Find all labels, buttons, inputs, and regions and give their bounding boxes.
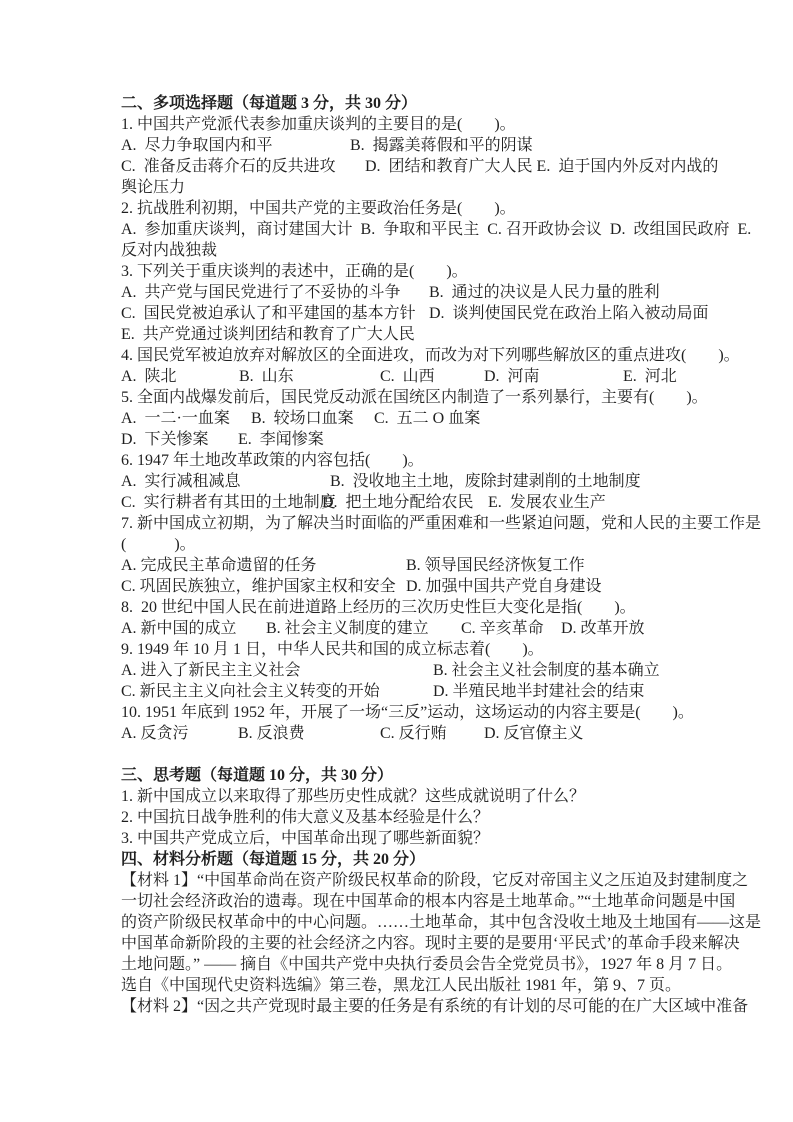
document-line: A. 参加重庆谈判，商讨建国大计 B. 争取和平民主 C. 召开政协会议 D. … — [0, 219, 793, 240]
line-text: E. 李闻惨案 — [238, 429, 324, 450]
document-line: 4. 国民党军被迫放弃对解放区的全面进攻，而改为对下列哪些解放区的重点进攻( )… — [0, 345, 793, 366]
document-line: 【材料 2】“因之共产党现时最主要的任务是有系统的有计划的尽可能的在广大区域中准… — [0, 996, 793, 1017]
line-text: 5. 全面内战爆发前后，国民党反动派在国统区内制造了一系列暴行，主要有( )。 — [121, 387, 708, 408]
line-text: 2. 中国抗日战争胜利的伟大意义及基本经验是什么？ — [121, 807, 489, 828]
line-text: 9. 1949 年 10 月 1 日，中华人民共和国的成立标志着( )。 — [121, 639, 544, 660]
line-text: 反对内战独裁 — [121, 240, 217, 261]
document-line: A. 一二·一血案B. 较场口血案C. 五二 O 血案 — [0, 408, 793, 429]
line-text: B. 通过的决议是人民力量的胜利 — [429, 282, 660, 303]
line-text: E. 河北 — [623, 366, 677, 387]
line-text: D. 谈判使国民党在政治上陷入被动局面 — [429, 303, 709, 324]
section-heading-text: 四、材料分析题（每道题 15 分，共 20 分） — [121, 849, 425, 870]
line-text: C. 新民主主义向社会主义转变的开始 — [121, 681, 380, 702]
line-text: C. 辛亥革命 — [461, 618, 544, 639]
line-text: 3. 下列关于重庆谈判的表述中，正确的是( )。 — [121, 261, 468, 282]
line-text: D. 团结和教育广大人民 E. 迫于国内外反对内战的 — [365, 156, 718, 177]
document-line: 舆论压力 — [0, 177, 793, 198]
line-text: D. 半殖民地半封建社会的结束 — [433, 681, 645, 702]
document-line: C. 实行耕者有其田的土地制度D. 把土地分配给农民E. 发展农业生产 — [0, 492, 793, 513]
document-line: D. 下关惨案E. 李闻惨案 — [0, 429, 793, 450]
line-text: B. 社会主义社会制度的基本确立 — [433, 660, 660, 681]
document-line: 7. 新中国成立初期，为了解决当时面临的严重困难和一些紧迫问题，党和人民的主要工… — [0, 513, 793, 534]
blank-line — [0, 744, 793, 765]
line-text: ( )。 — [121, 534, 196, 555]
document-line: 【材料 1】“中国革命尚在资产阶级民权革命的阶段，它反对帝国主义之压迫及封建制度… — [0, 870, 793, 891]
line-text: E. 共产党通过谈判团结和教育了广大人民 — [121, 324, 415, 345]
document-line: 反对内战独裁 — [0, 240, 793, 261]
line-text: 1. 新中国成立以来取得了那些历史性成就？这些成就说明了什么？ — [121, 786, 585, 807]
line-text: A. 完成民主革命遗留的任务 — [121, 555, 317, 576]
line-text: C. 五二 O 血案 — [374, 408, 480, 429]
document-line: E. 共产党通过谈判团结和教育了广大人民 — [0, 324, 793, 345]
document-line: 1. 新中国成立以来取得了那些历史性成就？这些成就说明了什么？ — [0, 786, 793, 807]
line-text: 6. 1947 年土地改革政策的内容包括( )。 — [121, 450, 424, 471]
line-text: A. 尽力争取国内和平 — [121, 135, 273, 156]
line-text: B. 领导国民经济恢复工作 — [406, 555, 585, 576]
line-text: A. 实行减租减息 — [121, 471, 241, 492]
line-text: C. 准备反击蒋介石的反共进攻 — [121, 156, 336, 177]
document-line: C. 国民党被迫承认了和平建国的基本方针D. 谈判使国民党在政治上陷入被动局面 — [0, 303, 793, 324]
line-text: E. 发展农业生产 — [488, 492, 606, 513]
line-text: D. 河南 — [484, 366, 540, 387]
line-text: 10. 1951 年底到 1952 年，开展了一场“三反”运动，这场运动的内容主… — [121, 702, 694, 723]
line-text: C. 巩固民族独立，维护国家主权和安全 — [121, 576, 396, 597]
line-text: 7. 新中国成立初期，为了解决当时面临的严重困难和一些紧迫问题，党和人民的主要工… — [121, 513, 761, 534]
document-line: A. 新中国的成立B. 社会主义制度的建立C. 辛亥革命D. 改革开放 — [0, 618, 793, 639]
document-line: 中国革命新阶段的主要的社会经济之内容。现时主要的是要用‘平民式’的革命手段来解决 — [0, 933, 793, 954]
document-line: 6. 1947 年土地改革政策的内容包括( )。 — [0, 450, 793, 471]
line-text: 的资产阶级民权革命中的中心问题。……土地革命，其中包含没收土地及土地国有——这是 — [121, 912, 761, 933]
line-text: B. 山东 — [239, 366, 294, 387]
line-text: 舆论压力 — [121, 177, 185, 198]
document-line: 的资产阶级民权革命中的中心问题。……土地革命，其中包含没收土地及土地国有——这是 — [0, 912, 793, 933]
line-text: 中国革命新阶段的主要的社会经济之内容。现时主要的是要用‘平民式’的革命手段来解决 — [121, 933, 740, 954]
document-line: A. 完成民主革命遗留的任务B. 领导国民经济恢复工作 — [0, 555, 793, 576]
document-line: A. 陕北B. 山东C. 山西D. 河南E. 河北 — [0, 366, 793, 387]
line-text: A. 进入了新民主主义社会 — [121, 660, 301, 681]
document-line: 选自《中国现代史资料选编》第三卷，黑龙江人民出版社 1981 年，第 9、7 页… — [0, 975, 793, 996]
line-text: 4. 国民党军被迫放弃对解放区的全面进攻，而改为对下列哪些解放区的重点进攻( )… — [121, 345, 740, 366]
document-line: 2. 抗战胜利初期，中国共产党的主要政治任务是( )。 — [0, 198, 793, 219]
line-text: 3. 中国共产党成立后，中国革命出现了哪些新面貌？ — [121, 828, 489, 849]
document-line: A. 实行减租减息B. 没收地主土地，废除封建剥削的土地制度 — [0, 471, 793, 492]
line-text: 1. 中国共产党派代表参加重庆谈判的主要目的是( )。 — [121, 114, 516, 135]
line-text: C. 实行耕者有其田的土地制度 — [121, 492, 336, 513]
line-text: D. 把土地分配给农民 — [322, 492, 474, 513]
document-line: 10. 1951 年底到 1952 年，开展了一场“三反”运动，这场运动的内容主… — [0, 702, 793, 723]
document-line: C. 新民主主义向社会主义转变的开始D. 半殖民地半封建社会的结束 — [0, 681, 793, 702]
line-text: B. 较场口血案 — [251, 408, 354, 429]
line-text: B. 揭露美蒋假和平的阴谋 — [350, 135, 533, 156]
line-text: A. 参加重庆谈判，商讨建国大计 B. 争取和平民主 C. 召开政协会议 D. … — [121, 219, 751, 240]
document-line: C. 准备反击蒋介石的反共进攻D. 团结和教育广大人民 E. 迫于国内外反对内战… — [0, 156, 793, 177]
section-heading: 二、多项选择题（每道题 3 分，共 30 分） — [0, 93, 793, 114]
line-text: D. 加强中国共产党自身建设 — [406, 576, 602, 597]
line-text: 【材料 1】“中国革命尚在资产阶级民权革命的阶段，它反对帝国主义之压迫及封建制度… — [121, 870, 748, 891]
line-text: D. 下关惨案 — [121, 429, 209, 450]
document-line: 3. 下列关于重庆谈判的表述中，正确的是( )。 — [0, 261, 793, 282]
line-text: A. 反贪污 — [121, 723, 189, 744]
line-text: C. 反行贿 — [380, 723, 447, 744]
line-text: B. 社会主义制度的建立 — [266, 618, 429, 639]
document-line: A. 进入了新民主主义社会B. 社会主义社会制度的基本确立 — [0, 660, 793, 681]
document-line: 3. 中国共产党成立后，中国革命出现了哪些新面貌？ — [0, 828, 793, 849]
line-text: 土地问题。” —— 摘自《中国共产党中央执行委员会告全党党员书》，1927 年 … — [121, 954, 732, 975]
document-line: A. 共产党与国民党进行了不妥协的斗争B. 通过的决议是人民力量的胜利 — [0, 282, 793, 303]
document-line: 2. 中国抗日战争胜利的伟大意义及基本经验是什么？ — [0, 807, 793, 828]
document-page: 二、多项选择题（每道题 3 分，共 30 分）1. 中国共产党派代表参加重庆谈判… — [0, 0, 793, 1122]
line-text: A. 共产党与国民党进行了不妥协的斗争 — [121, 282, 401, 303]
document-line: 5. 全面内战爆发前后，国民党反动派在国统区内制造了一系列暴行，主要有( )。 — [0, 387, 793, 408]
line-text: A. 陕北 — [121, 366, 177, 387]
document-line: ( )。 — [0, 534, 793, 555]
line-text: C. 山西 — [380, 366, 435, 387]
line-text: 8. 20 世纪中国人民在前进道路上经历的三次历史性巨大变化是指( )。 — [121, 597, 636, 618]
line-text: 选自《中国现代史资料选编》第三卷，黑龙江人民出版社 1981 年，第 9、7 页… — [121, 975, 681, 996]
line-text: 一切社会经济政治的遗毒。现在中国革命的根本内容是土地革命。”“土地革命问题是中国 — [121, 891, 735, 912]
line-text: C. 国民党被迫承认了和平建国的基本方针 — [121, 303, 416, 324]
section-heading-text: 二、多项选择题（每道题 3 分，共 30 分） — [121, 93, 417, 114]
line-text: B. 没收地主土地，废除封建剥削的土地制度 — [330, 471, 641, 492]
document-line: A. 尽力争取国内和平B. 揭露美蒋假和平的阴谋 — [0, 135, 793, 156]
document-line: 1. 中国共产党派代表参加重庆谈判的主要目的是( )。 — [0, 114, 793, 135]
line-text: A. 新中国的成立 — [121, 618, 237, 639]
document-line: 9. 1949 年 10 月 1 日，中华人民共和国的成立标志着( )。 — [0, 639, 793, 660]
section-heading-text: 三、思考题（每道题 10 分，共 30 分） — [121, 765, 393, 786]
line-text: 2. 抗战胜利初期，中国共产党的主要政治任务是( )。 — [121, 198, 516, 219]
document-line: 土地问题。” —— 摘自《中国共产党中央执行委员会告全党党员书》，1927 年 … — [0, 954, 793, 975]
document-line: 8. 20 世纪中国人民在前进道路上经历的三次历史性巨大变化是指( )。 — [0, 597, 793, 618]
document-line: C. 巩固民族独立，维护国家主权和安全D. 加强中国共产党自身建设 — [0, 576, 793, 597]
document-line: A. 反贪污B. 反浪费C. 反行贿D. 反官僚主义 — [0, 723, 793, 744]
section-heading: 四、材料分析题（每道题 15 分，共 20 分） — [0, 849, 793, 870]
line-text: D. 改革开放 — [561, 618, 645, 639]
line-text: D. 反官僚主义 — [484, 723, 584, 744]
line-text: 【材料 2】“因之共产党现时最主要的任务是有系统的有计划的尽可能的在广大区域中准… — [121, 996, 748, 1017]
line-text: A. 一二·一血案 — [121, 408, 230, 429]
document-line: 一切社会经济政治的遗毒。现在中国革命的根本内容是土地革命。”“土地革命问题是中国 — [0, 891, 793, 912]
line-text: B. 反浪费 — [238, 723, 305, 744]
section-heading: 三、思考题（每道题 10 分，共 30 分） — [0, 765, 793, 786]
